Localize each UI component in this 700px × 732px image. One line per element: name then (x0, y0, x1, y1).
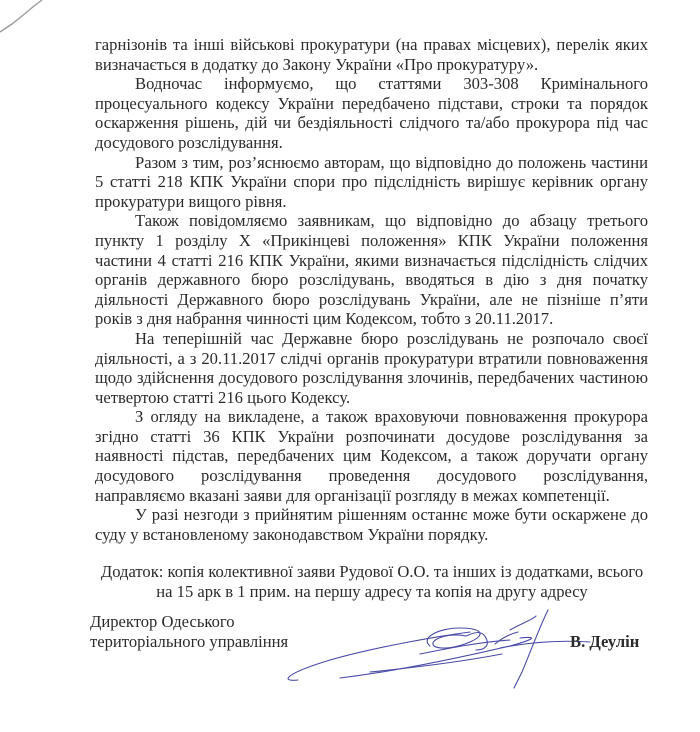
signer-title: Директор Одеського територіального управ… (90, 612, 288, 651)
paragraph-jurisdiction-disputes: Разом з тим, роз’яснюємо авторам, що від… (95, 153, 648, 212)
text-line: оскарження рішень, дій чи бездіяльності … (95, 113, 648, 133)
text-line: досудового розслідування. (95, 133, 648, 153)
text-line: наявності підстав, передбачених цим Коде… (95, 446, 648, 466)
text-line: У разі незгоди з прийнятим рішенням оста… (95, 505, 648, 525)
corner-scan-mark (0, 0, 50, 40)
letter-body: гарнізонів та інші військові прокуратури… (95, 35, 648, 544)
text-line: щодо здійснення досудового розслідування… (95, 368, 648, 388)
text-line: згідно статті 36 КПК України розпочинати… (95, 427, 648, 447)
signer-title-line: Директор Одеського (90, 612, 288, 632)
paragraph-continuation: гарнізонів та інші військові прокуратури… (95, 35, 648, 74)
paragraph-appeal-court: У разі незгоди з прийнятим рішенням оста… (95, 505, 648, 544)
attachment-line: Додаток: копія колективної заяви Рудової… (92, 562, 652, 582)
text-line: гарнізонів та інші військові прокуратури… (95, 35, 648, 55)
paragraph-current-state: На теперішній час Державне бюро розсліду… (95, 329, 648, 407)
text-line: процесуального кодексу України передбаче… (95, 94, 648, 114)
text-line: На теперішній час Державне бюро розсліду… (95, 329, 648, 349)
text-line: четвертою статті 216 цього Кодексу. (95, 388, 648, 408)
text-line: направляємо вказані заяви для організаці… (95, 486, 648, 506)
handwritten-signature (270, 602, 610, 702)
text-line: визначається в додатку до Закону України… (95, 55, 648, 75)
text-line: Разом з тим, роз’яснюємо авторам, що від… (95, 153, 648, 173)
paragraph-conclusion: З огляду на викладене, а також враховуюч… (95, 407, 648, 505)
text-line: органів державного бюро розслідувань, вв… (95, 270, 648, 290)
text-line: Також повідомляємо заявникам, що відпові… (95, 211, 648, 231)
text-line: діяльності Державного бюро розслідувань … (95, 290, 648, 310)
signer-name: В. Деулін (570, 632, 639, 652)
signature-block: Директор Одеського територіального управ… (90, 612, 700, 712)
text-line: З огляду на викладене, а також враховуюч… (95, 407, 648, 427)
text-line: пункту 1 розділу Х «Прикінцеві положення… (95, 231, 648, 251)
text-line: частини 4 статті 216 КПК України, якими … (95, 251, 648, 271)
paragraph-transitional-provisions: Також повідомляємо заявникам, що відпові… (95, 211, 648, 329)
attachment-note: Додаток: копія колективної заяви Рудової… (92, 562, 652, 601)
text-line: прокуратури вищого рівня. (95, 192, 648, 212)
text-line: 5 статті 218 КПК України спори про підсл… (95, 172, 648, 192)
text-line: суду у встановленому законодавством Укра… (95, 525, 648, 545)
paragraph-appeal-rights: Водночас інформуємо, що статтями 303-308… (95, 74, 648, 152)
attachment-line: на 15 арк в 1 прим. на першу адресу та к… (92, 582, 652, 602)
text-line: Водночас інформуємо, що статтями 303-308… (95, 74, 648, 94)
text-line: досудового розслідування проведення досу… (95, 466, 648, 486)
signer-title-line: територіального управління (90, 632, 288, 652)
text-line: років з дня набрання чинності цим Кодекс… (95, 309, 648, 329)
text-line: діяльності, а з 20.11.2017 слідчі органі… (95, 349, 648, 369)
